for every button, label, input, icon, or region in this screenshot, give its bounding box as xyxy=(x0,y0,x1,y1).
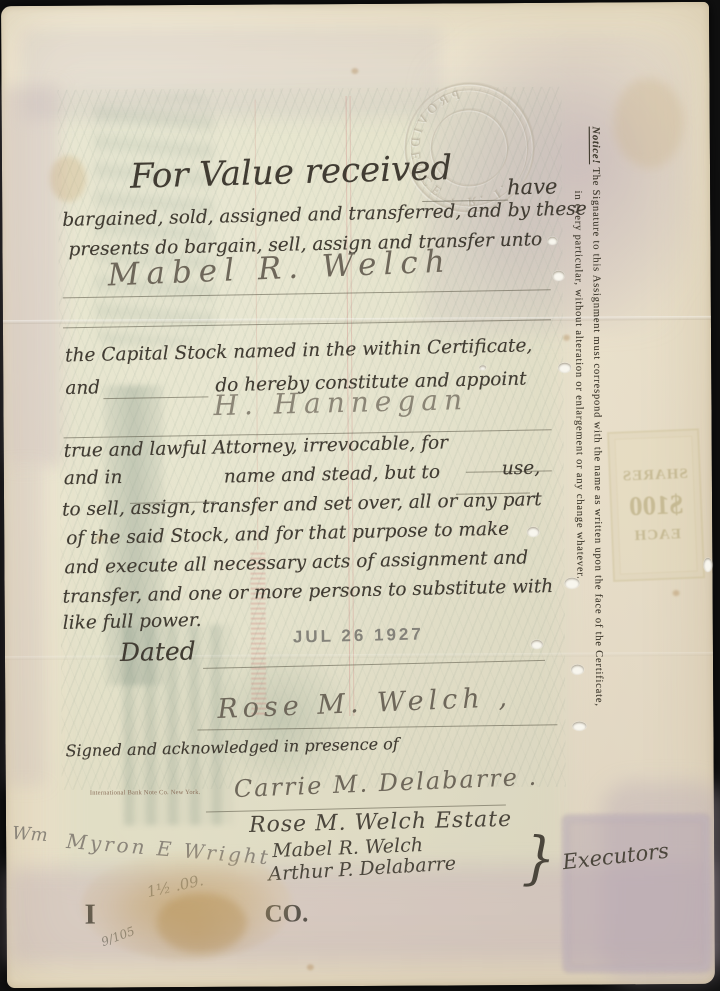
fox-spot xyxy=(673,590,680,596)
fox-spot xyxy=(351,68,358,74)
date-stamp: JUL 26 1927 xyxy=(293,624,424,647)
assignment-line: and in xyxy=(64,467,123,489)
dated-label: Dated xyxy=(120,636,196,667)
punch-hole xyxy=(558,363,571,373)
punch-hole xyxy=(479,365,486,370)
punch-hole xyxy=(527,527,539,537)
assignment-line: like full power. xyxy=(63,610,202,634)
fox-spot xyxy=(563,335,570,341)
ornate-corner-showthrough xyxy=(562,814,711,973)
stain xyxy=(50,156,86,202)
punch-hole xyxy=(553,271,565,281)
printer-imprint: International Bank Note Co. New York. xyxy=(90,789,201,797)
pink-marble-left-lower xyxy=(4,466,46,786)
assignment-word-use: use, xyxy=(502,458,541,480)
stain xyxy=(156,893,246,954)
fox-spot xyxy=(307,964,314,970)
executors-brace: } xyxy=(521,825,556,892)
punch-hole xyxy=(572,722,586,731)
punch-hole xyxy=(531,640,543,649)
certificate-paper: SHARES $100 EACH PROVIDENCE · R. I. For … xyxy=(1,2,715,988)
punch-hole xyxy=(547,237,557,245)
pink-marble-left xyxy=(1,86,61,466)
shares-word: SHARES xyxy=(622,465,689,485)
punch-hole xyxy=(565,578,580,589)
attorney-name-handwritten: H. Hannegan xyxy=(213,383,468,422)
shares-panel-showthrough: SHARES $100 EACH xyxy=(607,428,705,582)
assignment-word-and: and xyxy=(65,377,100,399)
edge-nick xyxy=(703,558,712,572)
notice-label: Notice! xyxy=(590,127,601,165)
pencil-annotation: Wm xyxy=(11,823,48,846)
shares-amount: $100 xyxy=(628,489,683,522)
stain xyxy=(613,78,684,168)
opening-end: have xyxy=(507,174,558,199)
shares-each: EACH xyxy=(633,526,681,545)
punch-hole xyxy=(571,665,584,675)
fox-spot xyxy=(96,536,103,542)
